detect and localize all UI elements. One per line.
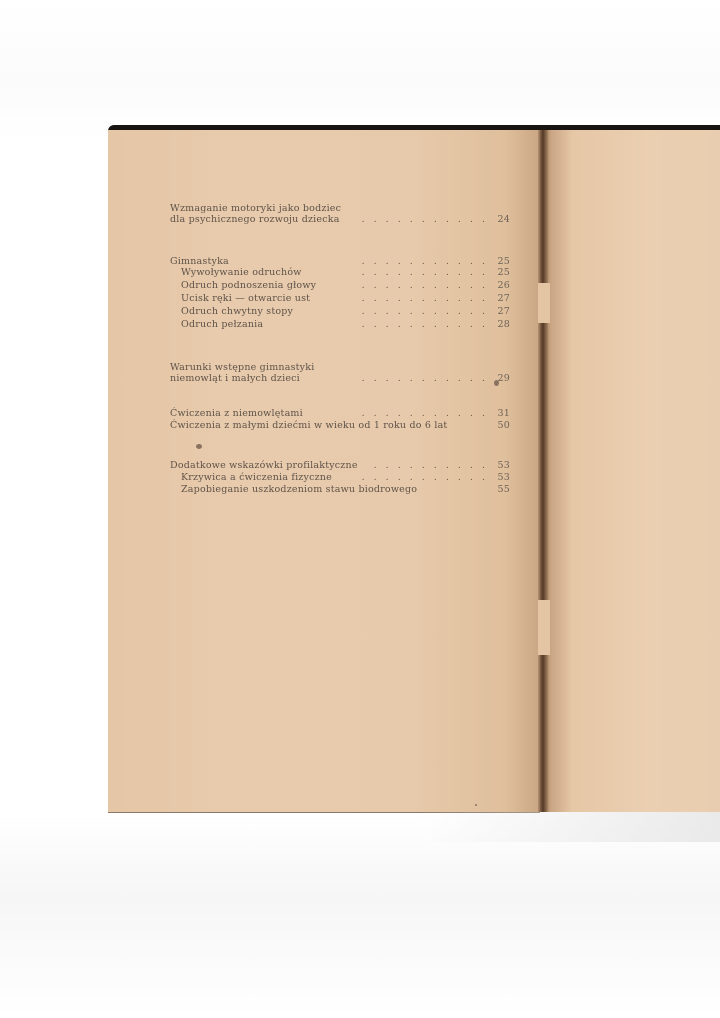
toc-entry: dla psychicznego rozwoju dziecka . . . .… <box>170 214 510 225</box>
toc-entry: Ucisk ręki — otwarcie ust . . . . . . . … <box>170 293 510 304</box>
toc-label: Ćwiczenia z małymi dziećmi w wieku od 1 … <box>170 420 447 431</box>
left-page <box>108 130 540 812</box>
toc-entry: Dodatkowe wskazówki profilaktyczne . . .… <box>170 460 510 471</box>
toc-entry: Ćwiczenia z niemowlętami . . . . . . . .… <box>170 408 510 419</box>
toc-page-number: 31 <box>490 408 510 419</box>
toc-label: Zapobieganie uszkodzeniom stawu biodrowe… <box>181 484 417 495</box>
toc-leader: . . . . . . . . . . . <box>362 280 488 291</box>
toc-entry: Zapobieganie uszkodzeniom stawu biodrowe… <box>170 484 510 495</box>
toc-entry: Ćwiczenia z małymi dziećmi w wieku od 1 … <box>170 420 510 431</box>
paper-speck <box>475 804 477 806</box>
spine-gap <box>538 283 550 323</box>
toc-leader: . . . . . . . . . . . <box>362 319 488 330</box>
toc-label: niemowląt i małych dzieci <box>170 373 300 384</box>
toc-leader: . . . . . . . . . . <box>374 460 488 471</box>
toc-entry: Wywoływanie odruchów . . . . . . . . . .… <box>170 267 510 278</box>
toc-page-number: 27 <box>490 293 510 304</box>
spine-gap <box>538 600 550 655</box>
toc-page-number: 25 <box>490 267 510 278</box>
toc-leader: . . . . . . . . . . . <box>362 472 488 483</box>
paper-speck <box>494 380 499 386</box>
scan-shadow <box>420 812 720 842</box>
toc-entry: niemowląt i małych dzieci . . . . . . . … <box>170 373 510 384</box>
toc-page-number: 53 <box>490 472 510 483</box>
toc-label: dla psychicznego rozwoju dziecka <box>170 214 340 225</box>
toc-label: Krzywica a ćwiczenia fizyczne <box>181 472 332 483</box>
right-page <box>540 130 720 812</box>
toc-label: Ćwiczenia z niemowlętami <box>170 408 303 419</box>
book-spine <box>538 130 548 812</box>
toc-leader: . . . . . . . . . . . <box>362 214 488 225</box>
toc-page-number: 50 <box>490 420 510 431</box>
toc-page-number: 26 <box>490 280 510 291</box>
toc-entry: Odruch podnoszenia głowy . . . . . . . .… <box>170 280 510 291</box>
toc-page-number: 29 <box>490 373 510 384</box>
toc-label: Odruch podnoszenia głowy <box>181 280 316 291</box>
toc-label: Dodatkowe wskazówki profilaktyczne <box>170 460 358 471</box>
toc-page-number: 27 <box>490 306 510 317</box>
toc-page-number: 53 <box>490 460 510 471</box>
toc-entry: Krzywica a ćwiczenia fizyczne . . . . . … <box>170 472 510 483</box>
toc-leader: . . . . . . . . . . . <box>362 256 488 267</box>
toc-leader: . . . . . . . . . . . <box>362 267 488 278</box>
toc-page-number: 28 <box>490 319 510 330</box>
toc-page-number: 55 <box>490 484 510 495</box>
toc-label: Wywoływanie odruchów <box>181 267 302 278</box>
toc-entry: Odruch pełzania . . . . . . . . . . . 28 <box>170 319 510 330</box>
toc-label: Odruch pełzania <box>181 319 263 330</box>
toc-leader: . . . . . . . . . . . <box>362 408 488 419</box>
toc-leader: . . . . . . . . . . . <box>362 306 488 317</box>
toc-label: Gimnastyka <box>170 256 229 267</box>
toc-leader: . . . . . . . . . . . <box>362 373 488 384</box>
toc-entry: Odruch chwytny stopy . . . . . . . . . .… <box>170 306 510 317</box>
toc-label: Ucisk ręki — otwarcie ust <box>181 293 310 304</box>
toc-entry: Gimnastyka . . . . . . . . . . . 25 <box>170 256 510 267</box>
toc-label: Warunki wstępne gimnastyki <box>170 362 314 373</box>
toc-label: Odruch chwytny stopy <box>181 306 293 317</box>
toc-label: Wzmaganie motoryki jako bodziec <box>170 203 341 214</box>
toc-entry: Wzmaganie motoryki jako bodziec <box>170 203 510 214</box>
toc-leader: . . . . . . . . . . . <box>362 293 488 304</box>
paper-speck <box>196 444 202 449</box>
toc-page-number: 24 <box>490 214 510 225</box>
toc-entry: Warunki wstępne gimnastyki <box>170 362 510 373</box>
toc-page-number: 25 <box>490 256 510 267</box>
